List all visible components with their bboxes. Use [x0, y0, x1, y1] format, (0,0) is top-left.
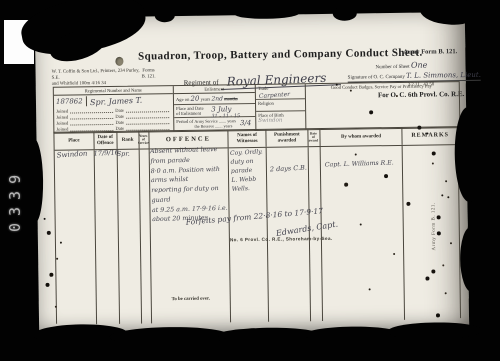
regimental-number-value: 187862	[56, 97, 83, 105]
forms-ref-box: Forms B. 121.	[142, 68, 156, 80]
form-number: Army Form B. 121.	[403, 48, 457, 56]
noise-speckles	[426, 133, 428, 135]
entry-offence-text: Absent without leave from parade 8·0 a.m…	[150, 145, 230, 225]
film-edge-code: 0339	[6, 168, 24, 232]
torn-edge-notch	[155, 9, 175, 22]
entry-witnesses-text: Coy. Ordly. duty on parade L. Webb Wells…	[230, 147, 268, 194]
punch-hole	[115, 57, 123, 66]
enlistment-cell: Enlistment Age on 20 years 2nd months Pl…	[174, 85, 257, 131]
header-witnesses: Names of Witnesses	[229, 130, 267, 148]
right-edge-tear	[460, 227, 483, 292]
offence-line: 8·0 a.m. Position with arms whilst	[151, 164, 230, 186]
age-value-handwritten: 20	[190, 95, 199, 103]
left-edge-tear	[24, 138, 43, 223]
header-years-of-service: Years of Service	[139, 131, 149, 148]
soldier-name-value: Spr. James T.	[90, 95, 143, 107]
age-unit-label: years	[201, 97, 211, 102]
religion-row: Religion	[256, 98, 305, 111]
noise-speckles	[44, 218, 46, 220]
bottom-edge-tear	[109, 326, 229, 346]
sheet-number-line: Number of Sheet One	[375, 61, 427, 71]
bottom-edge-tear	[304, 326, 399, 342]
entry-date: 17/9/16	[94, 148, 119, 157]
cell-divider	[86, 96, 87, 106]
header-place: Place	[54, 132, 94, 150]
right-edge-tear	[454, 107, 483, 202]
column-rank	[117, 150, 141, 324]
header-punishment: Punishment awarded	[266, 129, 308, 147]
column-date	[94, 150, 119, 324]
age-label: Age on	[176, 97, 189, 102]
soldier-info-grid: Regimental Number and Name 187862 Spr. J…	[53, 81, 461, 134]
conduct-sheet-document: Squadron, Troop, Battery and Company Con…	[35, 12, 469, 336]
entry-rank: Spr.	[117, 150, 130, 158]
header-rank: Rank	[117, 132, 139, 149]
birth-value-handwritten: Swindon	[258, 118, 282, 124]
joined-label: Joined	[56, 115, 68, 120]
enlistment-place-row: Place and Date of Enlistment 3 July 31 -…	[174, 104, 255, 118]
period-value-handwritten: 3/4	[240, 119, 251, 127]
adjacent-form-edge-label: Army Form B. 121.	[431, 202, 437, 250]
header-date-of-award: Date of award	[308, 129, 320, 146]
forms-ref-number: B. 121.	[142, 74, 156, 80]
sheet-number-value-handwritten: One	[411, 61, 428, 70]
torn-edge-notch	[333, 7, 357, 21]
header-remarks: REMARKS	[403, 127, 458, 145]
joined-label: Joined	[56, 109, 68, 114]
column-place	[55, 150, 97, 325]
date-label: Date	[115, 114, 124, 119]
bottom-edge-tear	[387, 322, 482, 340]
bottom-edge-tear	[217, 327, 317, 341]
joined-label: Joined	[56, 121, 68, 126]
header-date-of-offence: Date of Offence	[94, 132, 117, 149]
witness-line: duty on parade	[230, 156, 267, 176]
date-label: Date	[115, 108, 124, 113]
good-conduct-cell: Good Conduct Badges, Service Pay or Prof…	[306, 82, 458, 129]
torn-corner-blob	[418, 0, 477, 27]
header-by-whom-awarded: By whom awarded	[320, 128, 403, 146]
religion-label: Religion	[258, 101, 274, 106]
column-by-whom	[320, 146, 405, 321]
torn-edge-notch	[235, 8, 299, 19]
age-months-handwritten: 2nd	[211, 95, 223, 102]
enlistment-place-label-2: of Enlistment	[176, 111, 201, 116]
sheet-number-label: Number of Sheet	[375, 65, 409, 70]
date-label: Date	[115, 120, 124, 125]
trade-cell: Trade Carpenter Religion Place of Birth …	[256, 84, 307, 130]
good-conduct-header: Good Conduct Badges, Service Pay or Prof…	[306, 82, 457, 91]
noise-speckles	[336, 84, 338, 86]
oc-signature-value-handwritten: T. L. Simmons, Lieut.	[406, 71, 481, 80]
offence-line: Absent without leave from parade	[150, 145, 229, 167]
period-option-2: the Reserve ....... years	[194, 123, 232, 129]
oc-signature-label: Signature of O. C. Company	[348, 75, 405, 81]
witness-line: Wells.	[232, 183, 268, 194]
birth-row: Place of Birth Swindon	[256, 110, 305, 125]
microfilm-photo: 0339 Squadron, Troop, Battery and Compan…	[0, 0, 500, 361]
regimental-number-cell: Regimental Number and Name 187862 Spr. J…	[54, 86, 175, 133]
period-label: Period of	[176, 119, 193, 124]
offence-line: reporting for duty on guard	[151, 184, 230, 206]
age-struck-word: months	[224, 96, 238, 101]
